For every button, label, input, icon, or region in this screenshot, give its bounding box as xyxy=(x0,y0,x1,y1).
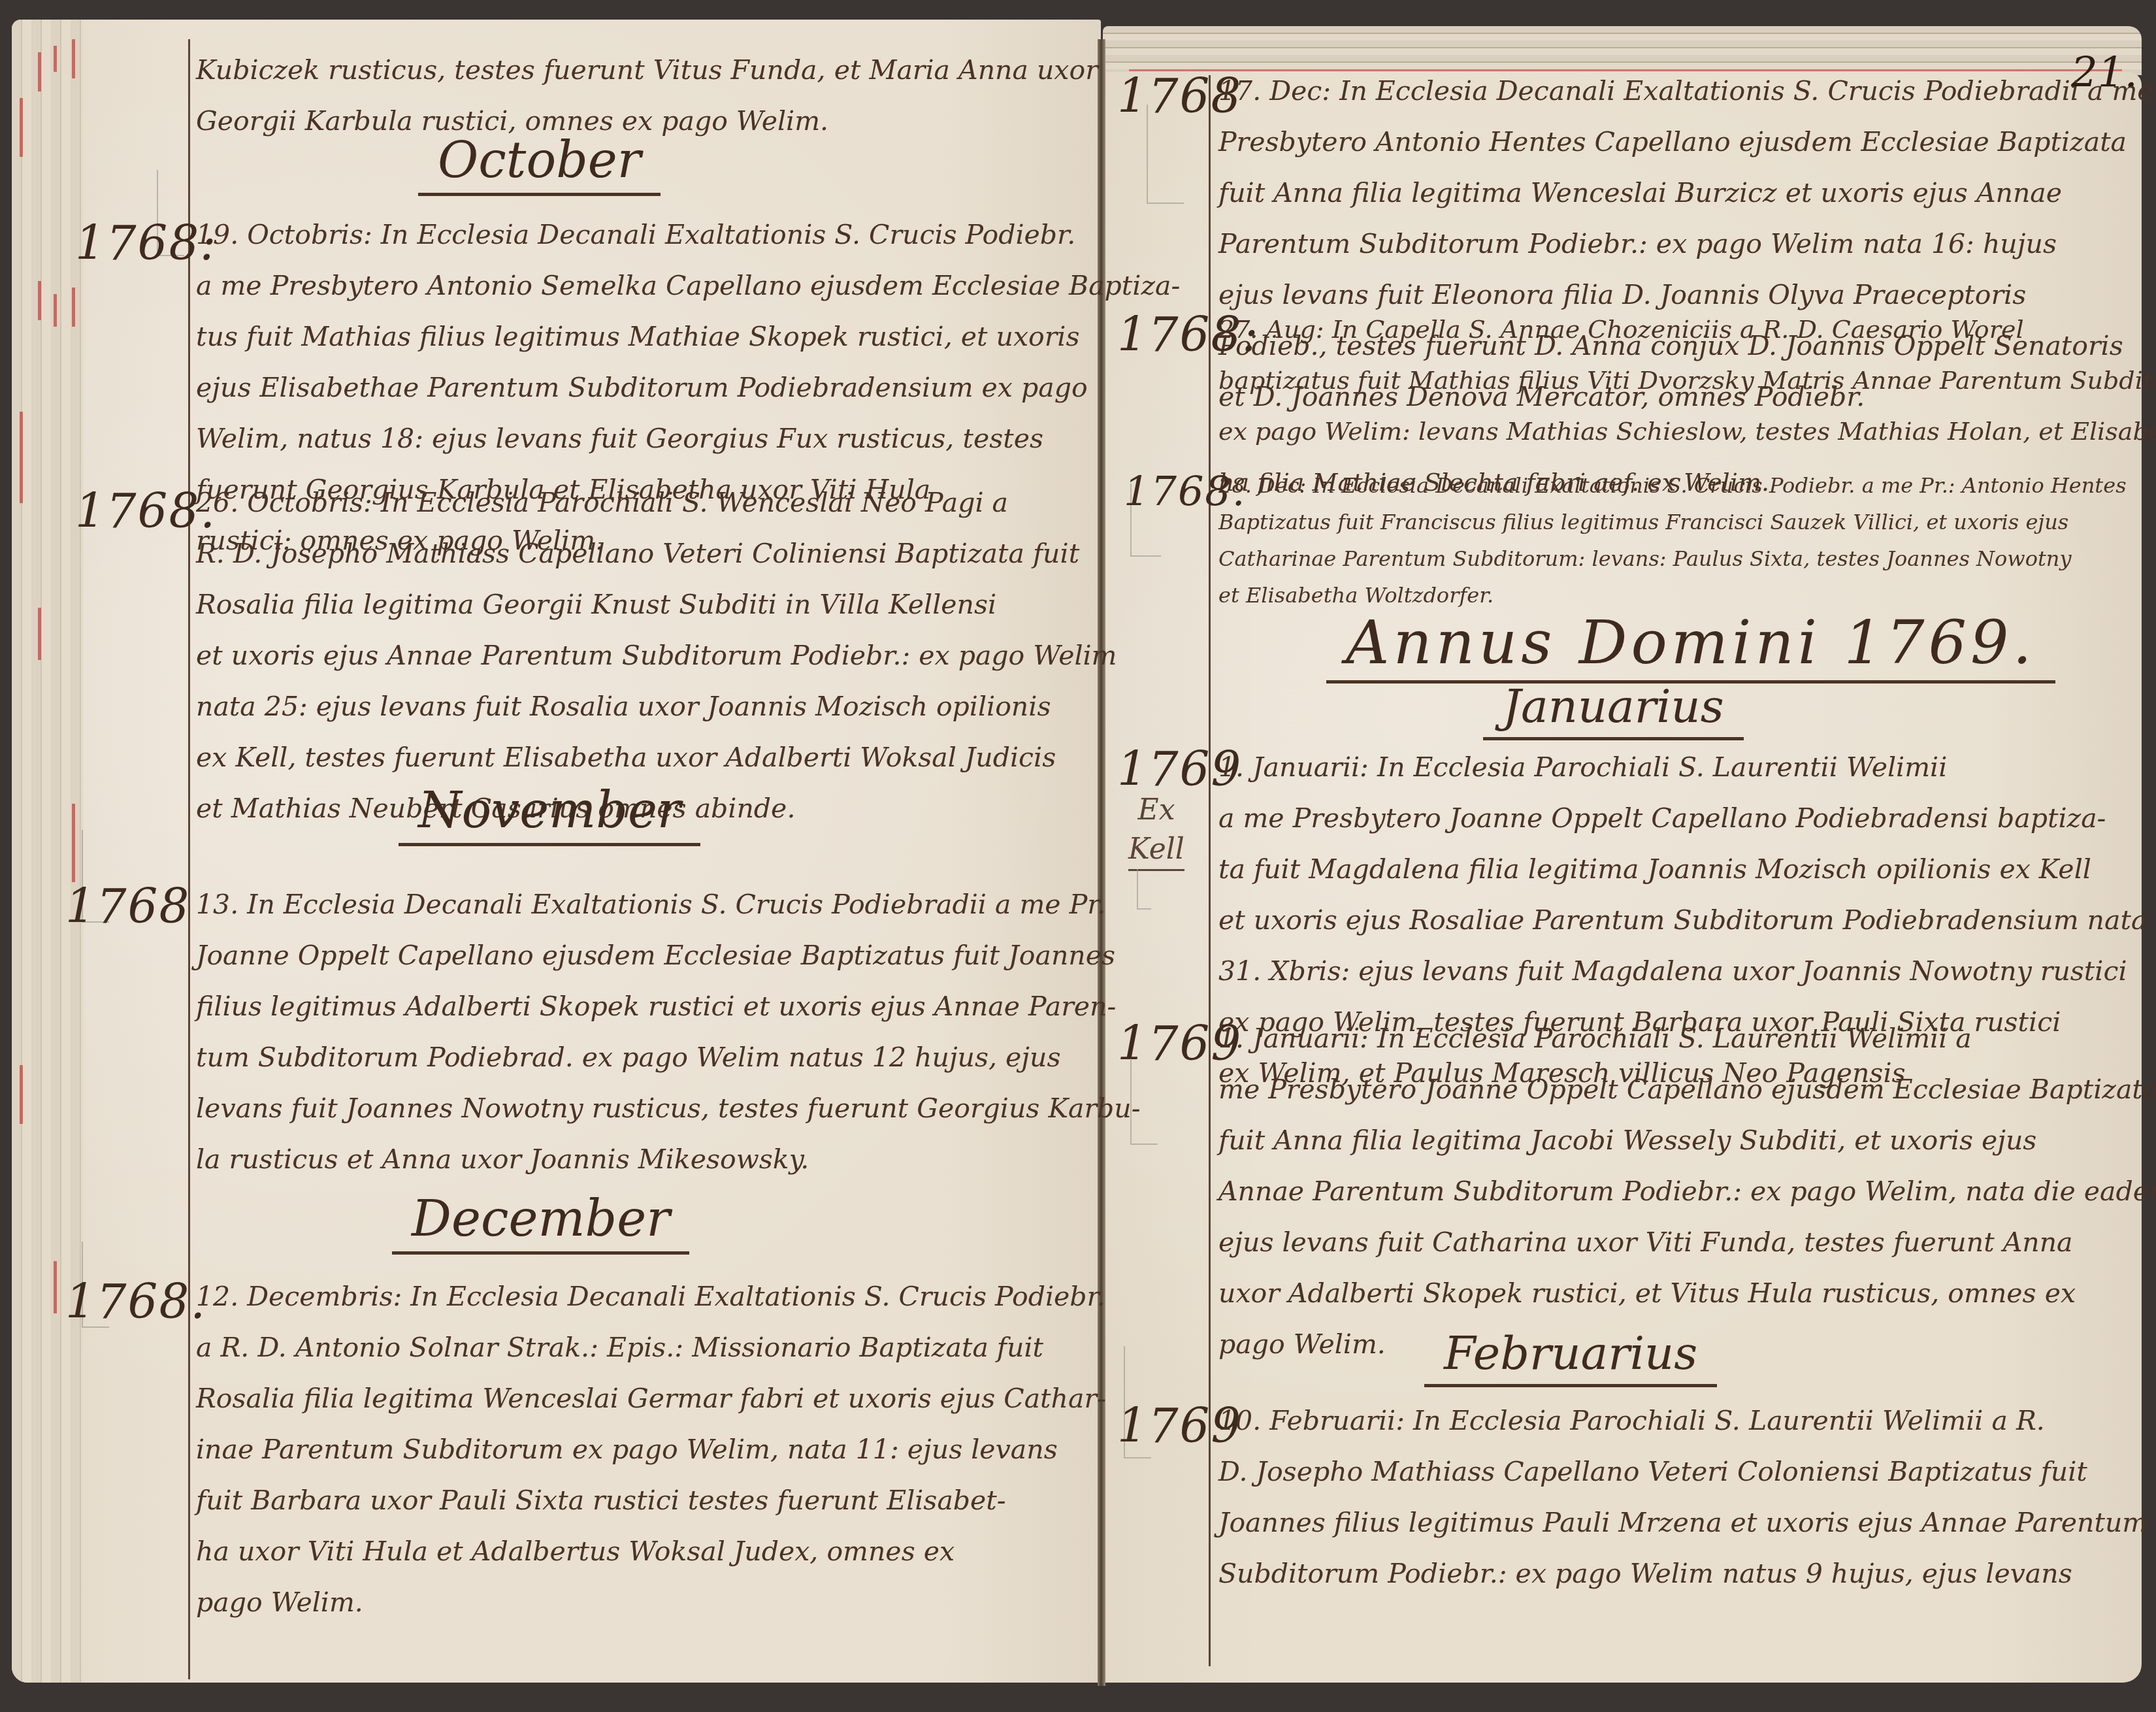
red-edge-mark xyxy=(38,608,41,660)
red-edge-mark xyxy=(54,46,57,72)
red-edge-mark xyxy=(38,281,41,320)
month-heading-januarius: Januarius xyxy=(1483,680,1744,740)
margin-year: 1768. xyxy=(75,484,216,538)
red-edge-mark xyxy=(20,98,23,157)
year-heading: Annus Domini 1769. xyxy=(1326,608,2055,683)
page-stack-edge xyxy=(12,20,84,1683)
margin-year: 1768. xyxy=(65,1274,206,1329)
margin-year: 1768 xyxy=(65,879,190,934)
red-edge-mark xyxy=(54,294,57,327)
red-edge-mark xyxy=(72,39,75,78)
baptism-entry: 10. Februarii: In Ecclesia Parochiali S.… xyxy=(1218,1395,2148,1599)
red-edge-mark xyxy=(38,52,41,91)
margin-note-ex-kell: Ex Kell xyxy=(1124,791,1189,871)
red-edge-mark xyxy=(20,1065,23,1124)
baptism-entry: 12. Decembris: In Ecclesia Decanali Exal… xyxy=(196,1271,1106,1628)
open-register-book: 21. Kubiczek rusticus, testes fuerunt Vi… xyxy=(0,0,2156,1712)
month-heading-october: October xyxy=(418,131,661,196)
month-heading-december: December xyxy=(392,1189,689,1255)
baptism-entry: 28. Dec: In Ecclesia Decanali Exaltation… xyxy=(1218,467,2127,614)
pencil-bracket xyxy=(1130,1059,1158,1145)
month-heading-november: November xyxy=(399,781,700,846)
month-heading-februarius: Februarius xyxy=(1424,1326,1717,1387)
baptism-entry: 13. In Ecclesia Decanali Exaltationis S.… xyxy=(196,879,1141,1185)
red-edge-mark xyxy=(20,412,23,503)
baptism-entry: 1. Januarii: In Ecclesia Parochiali S. L… xyxy=(1218,1013,2156,1370)
red-edge-mark xyxy=(72,288,75,327)
red-edge-mark xyxy=(54,1261,57,1313)
left-margin-rule xyxy=(188,39,190,1679)
pencil-mark xyxy=(1137,869,1151,910)
red-edge-mark xyxy=(72,804,75,882)
